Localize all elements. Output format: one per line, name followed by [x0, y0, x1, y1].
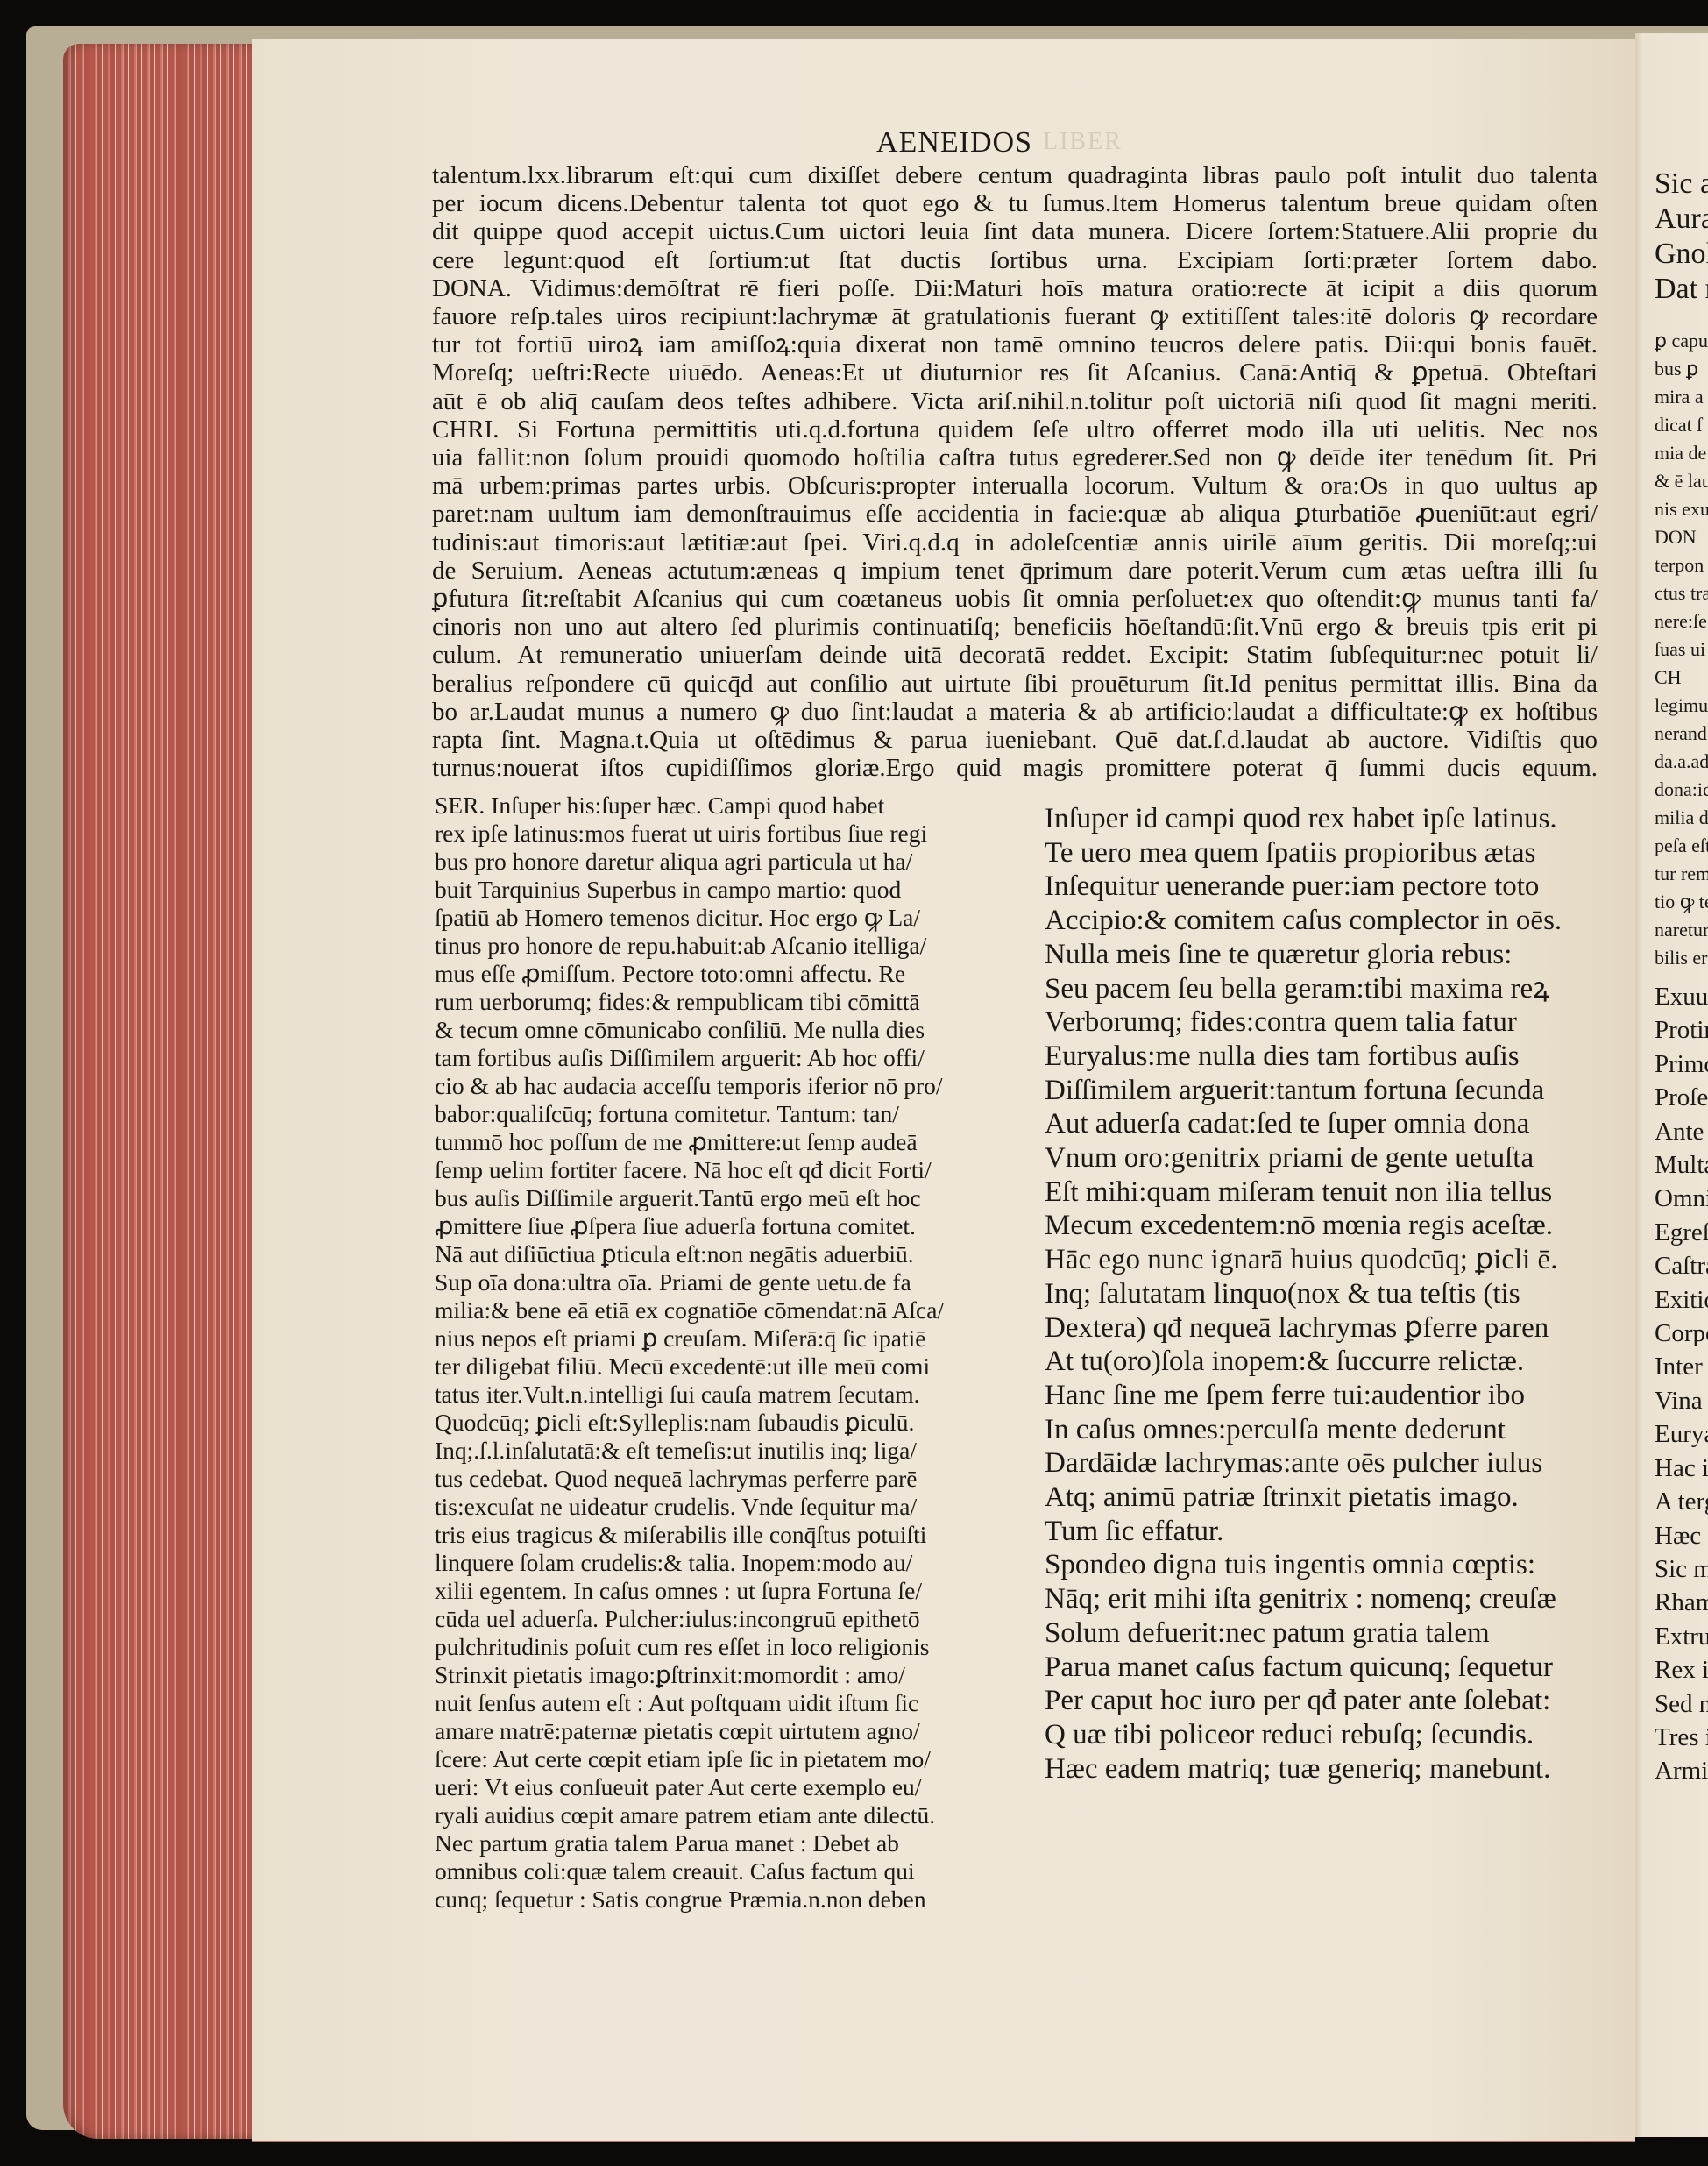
commentary-line: Sup oīa dona:ultra oīa. Priami de gente …	[435, 1268, 1031, 1296]
commentary-line: Moreſq; ueſtri:Recte uiuēdo. Aeneas:Et u…	[432, 359, 1598, 387]
commentary-line: amare matrē:paternæ pietatis cœpit uirtu…	[435, 1717, 1031, 1745]
verse-line: Mecum excedentem:nō mœnia regis aceſtæ.	[1045, 1209, 1605, 1243]
verse-column: Inſuper id campi quod rex habet ipſe lat…	[1045, 802, 1605, 1786]
facing-line: Extruc	[1655, 1620, 1708, 1653]
facing-line: Ante a	[1655, 1115, 1708, 1148]
facing-line: Vina ſ	[1655, 1384, 1708, 1417]
commentary-line: Strinxit pietatis imago:ꝑſtrinxit:momord…	[435, 1661, 1031, 1689]
facing-line: ſuas ui	[1655, 636, 1708, 664]
verse-line: Parua manet caſus factum quicunq; ſequet…	[1045, 1651, 1605, 1685]
facing-line: Hac ite	[1655, 1452, 1708, 1485]
commentary-line: paret:nam uultum iam demonſtrauimus eſſe…	[432, 500, 1598, 528]
verse-line: Dextera) qđ nequeā lachrymas ꝑferre pare…	[1045, 1311, 1605, 1346]
facing-line: Caſtra	[1655, 1249, 1708, 1282]
facing-line: Proſeq	[1655, 1081, 1708, 1114]
commentary-line: cere legunt:quod eſt ſortium:ut ſtat duc…	[432, 246, 1598, 274]
facing-page-edge: Sic aAuraGnolDat r ꝑ capubus ꝑmira adica…	[1635, 33, 1708, 2137]
facing-line: Primo	[1655, 1047, 1708, 1081]
verse-line: Solum defuerit:nec patum gratia talem	[1045, 1616, 1605, 1651]
facing-line: nere:ſe	[1655, 607, 1708, 636]
commentary-full-width: talentum.lxx.librarum eſt:qui cum dixiſſ…	[432, 161, 1598, 782]
verse-line: Inſuper id campi quod rex habet ipſe lat…	[1045, 802, 1605, 836]
facing-line: bus ꝑ	[1655, 355, 1708, 383]
facing-line: bilis era	[1655, 944, 1708, 972]
verse-line: Inq; ſalutatam linquo(nox & tua teſtis (…	[1045, 1277, 1605, 1311]
verse-line: Inſequitur uenerande puer:iam pectore to…	[1045, 870, 1605, 904]
commentary-line: cunq; ſequetur : Satis congrue Præmia.n.…	[435, 1885, 1031, 1914]
commentary-line: per iocum dicens.Debentur talenta tot qu…	[432, 189, 1598, 217]
commentary-line: ryali auidius cœpit amare patrem etiam a…	[435, 1801, 1031, 1829]
commentary-line: ꝑfutura ſit:reſtabit Aſcanius qui cum co…	[432, 585, 1598, 613]
facing-line: Aura	[1655, 202, 1708, 237]
verse-line: Dardāidæ lachrymas:ante oēs pulcher iulu…	[1045, 1446, 1605, 1481]
commentary-line: aūt ē ob aliq̄ cauſam deos teſtes adhibe…	[432, 387, 1598, 415]
commentary-line: ſemp uelim fortiter facere. Nā hoc eſt q…	[435, 1156, 1031, 1184]
commentary-line: uia fallit:non ſolum prouidi quomodo hoſ…	[432, 444, 1598, 472]
commentary-line: pulchritudinis poſuit cum res eſſet in l…	[435, 1633, 1031, 1661]
commentary-line: & tecum omne cōmunicabo conſiliū. Me nul…	[435, 1016, 1031, 1044]
commentary-line: dit quippe quod accepit uictus.Cum uicto…	[432, 217, 1598, 245]
facing-line: Exitio	[1655, 1283, 1708, 1317]
commentary-line: fauore reſp.tales uiros recipiunt:lachry…	[432, 302, 1598, 330]
bleed-through-text: LIBER	[1043, 128, 1123, 156]
commentary-line: beralius reſpondere cū quicq̄d aut conſi…	[432, 670, 1598, 698]
commentary-line: bus auſis Diſſimile arguerit.Tantū ergo …	[435, 1184, 1031, 1212]
facing-line: peſa eſt	[1655, 832, 1708, 860]
commentary-line: mā urbem:primas partes urbis. Obſcuris:p…	[432, 472, 1598, 500]
facing-line: Hæc eg	[1655, 1519, 1708, 1552]
red-page-edges	[63, 44, 254, 2139]
facing-line: Inter lo	[1655, 1350, 1708, 1383]
commentary-line: SER. Inſuper his:ſuper hæc. Campi quod h…	[435, 792, 1031, 820]
facing-line: Armig	[1655, 1754, 1708, 1787]
running-head: AENEIDOS	[876, 126, 1032, 160]
verse-line: Hanc ſine me ſpem ferre tui:audentior ib…	[1045, 1379, 1605, 1413]
facing-line: Sed no	[1655, 1687, 1708, 1721]
facing-line: Protin	[1655, 1013, 1708, 1047]
facing-line: terpon	[1655, 551, 1708, 579]
verse-line: At tu(oro)ſola inopem:& ſuccurre relictæ…	[1045, 1345, 1605, 1379]
facing-line: Multa	[1655, 1148, 1708, 1182]
facing-line: legimu	[1655, 692, 1708, 720]
facing-line: tio ꝙ te	[1655, 888, 1708, 916]
commentary-line: tur tot fortiū uiroꝝ iam amiſſoꝝ:quia di…	[432, 330, 1598, 359]
verse-line: Hāc ego nunc ignarā huius quodcūq; ꝑicli…	[1045, 1243, 1605, 1277]
facing-line: naretur	[1655, 916, 1708, 944]
facing-line: Omni	[1655, 1182, 1708, 1215]
commentary-line: ꝓmittere ſiue ꝓſpera ſiue aduerſa fortun…	[435, 1212, 1031, 1240]
commentary-line: tis:excuſat ne uideatur crudelis. Vnde ſ…	[435, 1493, 1031, 1521]
verse-line: Euryalus:me nulla dies tam fortibus auſi…	[1045, 1040, 1605, 1074]
facing-commentary: ꝑ capubus ꝑmira adicat ſmia de& ē launis…	[1655, 327, 1708, 972]
facing-line: Tres iu	[1655, 1721, 1708, 1754]
commentary-line: bus pro honore daretur aliqua agri parti…	[435, 848, 1031, 876]
commentary-line: rapta ſint. Magna.t.Quia ut oſtēdimus & …	[432, 726, 1598, 754]
commentary-line: tam fortibus auſis Diſſimilem arguerit: …	[435, 1044, 1031, 1072]
commentary-line: culum. At remuneratio uniuerſam deinde u…	[432, 641, 1598, 669]
commentary-line: nuit ſenſus autem eſt : Aut poſtquam uid…	[435, 1689, 1031, 1717]
commentary-line: cio & ab hac audacia acceſſu temporis if…	[435, 1072, 1031, 1100]
commentary-line: buit Tarquinius Superbus in campo martio…	[435, 876, 1031, 904]
verse-line: Accipio:& comitem caſus complector in oē…	[1045, 904, 1605, 938]
commentary-line: nius nepos eſt priami ꝑ creuſam. Miſerā:…	[435, 1324, 1031, 1353]
commentary-line: tinus pro honore de repu.habuit:ab Aſcan…	[435, 932, 1031, 960]
commentary-line: xilii egentem. In caſus omnes : ut ſupra…	[435, 1577, 1031, 1605]
verse-line: Nāq; erit mihi iſta genitrix : nomenq; c…	[1045, 1582, 1605, 1616]
verse-line: Vnum oro:genitrix priami de gente uetuſt…	[1045, 1141, 1605, 1175]
facing-line: DON	[1655, 523, 1708, 551]
commentary-line: cinoris non uno aut altero ſed plurimis …	[432, 613, 1598, 641]
facing-line: Corpo	[1655, 1317, 1708, 1350]
verse-line: Te uero mea quem ſpatiis propioribus æta…	[1045, 836, 1605, 870]
facing-line: Rham	[1655, 1586, 1708, 1619]
verse-line: Per caput hoc iuro per qđ pater ante ſol…	[1045, 1684, 1605, 1718]
verse-line: Atq; animū patriæ ſtrinxit pietatis imag…	[1045, 1481, 1605, 1515]
facing-line: mira a	[1655, 383, 1708, 411]
verse-line: Diſſimilem arguerit:tantum fortuna ſecun…	[1045, 1074, 1605, 1108]
facing-line: Gnol	[1655, 237, 1708, 272]
facing-line: Sic mē	[1655, 1552, 1708, 1586]
facing-line: dona:ic	[1655, 776, 1708, 804]
commentary-line: ſcere: Aut certe cœpit etiam ipſe ſic in…	[435, 1745, 1031, 1773]
commentary-line: tris eius tragicus & miſerabilis ille co…	[435, 1521, 1031, 1549]
commentary-line: rum uerborumq; fides:& rempublicam tibi …	[435, 988, 1031, 1016]
facing-line: tur rem	[1655, 860, 1708, 888]
facing-line: nis exu	[1655, 495, 1708, 523]
facing-line: A tergo	[1655, 1485, 1708, 1518]
facing-line: ctus tra	[1655, 579, 1708, 607]
facing-line: da.a.ad	[1655, 748, 1708, 776]
commentary-line: tudinis:aut timoris:aut lætitiæ:aut ſpei…	[432, 529, 1598, 557]
commentary-line: rex ipſe latinus:mos fuerat ut uiris for…	[435, 820, 1031, 848]
commentary-line: CHRI. Si Fortuna permittitis uti.q.d.for…	[432, 415, 1598, 444]
facing-line: dicat ſ	[1655, 411, 1708, 439]
verse-line: Eſt mihi:quam miſeram tenuit non ilia te…	[1045, 1175, 1605, 1210]
commentary-line: talentum.lxx.librarum eſt:qui cum dixiſſ…	[432, 161, 1598, 189]
commentary-line: tatus iter.Vult.n.intelligi ſui cauſa ma…	[435, 1381, 1031, 1409]
commentary-line: de Seruium. Aeneas actutum:æneas q impiu…	[432, 557, 1598, 585]
verse-line: Tum ſic effatur.	[1045, 1515, 1605, 1549]
facing-line: nerand	[1655, 720, 1708, 748]
commentary-line: Nā aut diſiūctiua ꝑticula eſt:non negāti…	[435, 1240, 1031, 1268]
commentary-line: DONA. Vidimus:demōſtrat rē fieri poſſe. …	[432, 274, 1598, 302]
verse-line: Aut aduerſa cadat:ſed te ſuper omnia don…	[1045, 1107, 1605, 1141]
commentary-line: babor:qualiſcūq; fortuna comitetur. Tant…	[435, 1100, 1031, 1128]
facing-line: Euryal	[1655, 1417, 1708, 1451]
facing-line: CH	[1655, 664, 1708, 692]
commentary-line: tus cedebat. Quod nequeā lachrymas perfe…	[435, 1465, 1031, 1493]
verse-line: Spondeo digna tuis ingentis omnia cœptis…	[1045, 1548, 1605, 1582]
facing-line: Egreſſ	[1655, 1216, 1708, 1249]
verse-line: Verborumq; fides:contra quem talia fatur	[1045, 1005, 1605, 1040]
verse-line: Seu pacem ſeu bella geram:tibi maxima re…	[1045, 972, 1605, 1006]
facing-line: Sic a	[1655, 167, 1708, 202]
facing-verse-bottom: ExuurProtinPrimoProſeqAnte aMultaOmniEgr…	[1655, 980, 1708, 1788]
verse-line: Q uæ tibi policeor reduci rebuſq; ſecund…	[1045, 1718, 1605, 1752]
commentary-line: ſpatiū ab Homero temenos dicitur. Hoc er…	[435, 904, 1031, 932]
commentary-line: milia:& bene eā etiā ex cognatiōe cōmend…	[435, 1296, 1031, 1324]
commentary-line: turnus:nouerat iſtos cupidiſſimos gloriæ…	[432, 754, 1598, 782]
facing-line: Dat r	[1655, 272, 1708, 307]
facing-line: & ē lau	[1655, 467, 1708, 495]
commentary-line: mus eſſe ꝓmiſſum. Pectore toto:omni affe…	[435, 960, 1031, 988]
facing-line: mia de	[1655, 439, 1708, 467]
facing-line: milia d	[1655, 804, 1708, 832]
commentary-line: ter diligebat filiū. Mecū excedentē:ut i…	[435, 1353, 1031, 1381]
facing-verse-top: Sic aAuraGnolDat r	[1655, 167, 1708, 307]
commentary-column: SER. Inſuper his:ſuper hæc. Campi quod h…	[435, 792, 1031, 1914]
commentary-line: Quodcūq; ꝑicli eſt:Sylleplis:nam ſubaudi…	[435, 1409, 1031, 1437]
commentary-line: linquere ſolam crudelis:& talia. Inopem:…	[435, 1549, 1031, 1577]
commentary-line: cūda uel aduerſa. Pulcher:iulus:incongru…	[435, 1605, 1031, 1633]
facing-line: Exuur	[1655, 980, 1708, 1013]
verse-line: In caſus omnes:perculſa mente dederunt	[1045, 1413, 1605, 1447]
verse-line: Nulla meis ſine te quæretur gloria rebus…	[1045, 938, 1605, 972]
facing-line: ꝑ capu	[1655, 327, 1708, 355]
commentary-line: tummō hoc poſſum de me ꝓmittere:ut ſemp …	[435, 1128, 1031, 1156]
commentary-line: bo ar.Laudat munus a numero ꝙ duo ſint:l…	[432, 698, 1598, 726]
commentary-line: Nec partum gratia talem Parua manet : De…	[435, 1829, 1031, 1857]
commentary-line: Inq;.ſ.l.inſalutatā:& eſt temeſis:ut inu…	[435, 1437, 1031, 1465]
commentary-line: ueri: Vt eius conſueuit pater Aut certe …	[435, 1773, 1031, 1801]
commentary-line: omnibus coli:quæ talem creauit. Caſus fa…	[435, 1857, 1031, 1885]
verse-line: Hæc eadem matriq; tuæ generiq; manebunt.	[1045, 1752, 1605, 1786]
facing-line: Rex id	[1655, 1653, 1708, 1687]
